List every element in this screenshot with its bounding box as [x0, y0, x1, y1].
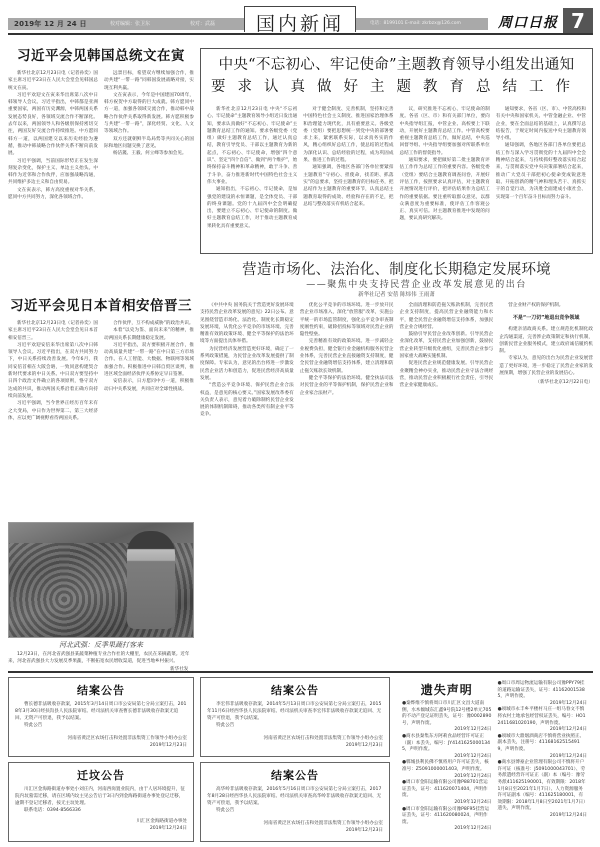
paragraph: 通知指出，不忘初心、牢记使命，是加强党的建设的永恒课题，是全体党员、干部的终身课…: [207, 186, 297, 230]
lost-item: ●周口市金阳运输有限公司豫P8F95挂营运证丢失，证号：411620080024…: [402, 807, 492, 827]
lost-item-date: 2019年12月24日: [402, 800, 492, 807]
lost-item: ●项城市大鼎烟酒商店不慎将营业执照正、副本丢失，注册号：411681625154…: [498, 734, 588, 754]
contact-info: 电话：8199101 E-mail: zkrbzx@126.com: [370, 20, 461, 26]
article-japan: 习近平会见日本首相安倍晋三 新华社北京12月23日电（记者孙奕）国家主席习近平2…: [8, 290, 194, 520]
paragraph: 议，研究推进不忘初心、牢记使命的制度。各省（区、市）和有关部门单位，要向中央指导…: [400, 106, 490, 157]
paragraph: 文在寅表示，韩方高度重视对华关系，愿同中方共同努力，深化各领域合作。: [8, 187, 98, 202]
paragraph: 促进民营企业规范健康发展。引导民营企业聚精会神办实业，推动民营企业守法合规经营，…: [400, 360, 494, 389]
notice-signer: 河南省黄泛区农场打击和处置非法集资工作领导小组办公室: [207, 735, 383, 742]
editor-credit: 校对编辑：张卫东: [110, 20, 150, 27]
paragraph: “营造公平竞争环境、保护民营企业合法权益，是意见的核心要义。”国家发展改革委有关…: [200, 382, 294, 418]
issue-date: 2019年 12 月 24 日: [14, 19, 87, 29]
paragraph: 习近平欢迎安倍来华出席第八次中日韩领导人会议。习近平指出，在双方共同努力下，中日…: [8, 342, 98, 400]
paragraph: 习近平欢迎文在寅来华出席第八次中日韩领导人会议。习近平指出，中韩都是亚洲重要国家…: [8, 92, 98, 158]
article-headline: 习近平会见日本首相安倍晋三: [8, 294, 194, 314]
notice-text: 高华岭非法吸收存款案，2016年5月16日周口市公安局第七分局立案打击，2017…: [207, 786, 383, 807]
paragraph: 通知强调，各地区各部门各单位要把总结工作与深入学习贯彻党的十九届四中全会精神结合…: [496, 142, 586, 200]
article-column: 全面清理和防范拖欠账款机制，完善民营企业支持制度，提高民营企业融资能力和水平，健…: [400, 302, 494, 670]
article-byline: 新华社记者 安蓓 陈炜伟 王雨萧: [200, 290, 593, 298]
article-headline: 中央“不忘初心、牢记使命”主题教育领导小组发出通知: [207, 53, 586, 74]
article-subheadline: ——聚焦中央支持民营企业改革发展意见的出台: [200, 277, 593, 290]
news-photo: [8, 522, 194, 638]
article-subhead: 不是“一刀切”地退出竞争领域: [499, 314, 593, 321]
paragraph: 文在寅表示，今年是中国建国70周年，韩方祝贺中方取得的巨大成就。韩方愿同中方一道…: [104, 92, 194, 136]
article-headline-private-enterprise: 营造市场化、法治化、制度化长期稳定发展环境: [200, 258, 593, 279]
lost-item: ●郸城县利民佛不慎将用户许可证丢失，核准号：Z5091000001403，声明作…: [402, 760, 492, 773]
paragraph: 对于健全制度、完善机制，坚持和完善中国特色社会主义制度、推进国家治理体系和治理能…: [303, 106, 393, 164]
paragraph: 本着“以史为鉴、面向未来”的精神，推动两国关系长期健康稳定发展。: [104, 327, 194, 342]
lost-item: ●商水县博豪企业管理有限公司不慎将开户许可证（核准号：J509100004370…: [498, 760, 588, 813]
article-column: 营企业财产权的保护机制。 不是“一刀切”地退出竞争领域 构建亲清政商关系。建立规…: [499, 302, 593, 670]
article-theme-education: 中央“不忘初心、牢记使命”主题教育领导小组发出通知 要求认真做好主题教育总结工作…: [200, 48, 593, 254]
article-column: 通知要求，各省（区、市）、中管高校和有关中央和国家机关、中管金融企业、中管企业，…: [496, 106, 586, 230]
lost-column-left: 遗失声明 ●秦烨维不慎将周口市川汇区文昌大道南侧，水木倾城东汇鑫9号院12号楼2…: [402, 681, 492, 833]
paragraph: 远景目标，希望双方继续加强合作，推动共建“一带一路”同韩国发展战略对接，实现互利…: [104, 70, 194, 92]
masthead: 2019年 12 月 24 日 校对编辑：张卫东 校对：武磊 国内新闻 电话：8…: [0, 0, 600, 38]
notice-date: 2019年12月23日: [207, 827, 383, 834]
photo-farmer: [127, 531, 175, 629]
paragraph: 习近平指出，双方要积极开展合作，推动高质量共建“一带一路”在中日第三方市场合作。…: [104, 342, 194, 378]
paragraph: 通知强调，各地区各部门各单位要紧扣主题教育“守初心、担使命，找差距、抓落实”的总…: [303, 164, 393, 208]
paragraph: 新华社北京12月23日电（记者孙奕）国家主席习近平23日在人民大会堂会见韩国总统…: [8, 70, 98, 92]
notices-rule: [8, 671, 593, 673]
paragraph: 杨洁篪、王毅、何立峰等参加会见。: [104, 150, 194, 157]
lost-item-date: 2019年12月24日: [402, 826, 492, 833]
paragraph: 构建亲清政商关系。建立规范化机制化政企沟通渠道，完善涉企政策制定和执行机制，创新…: [499, 326, 593, 355]
masthead-rule: [8, 33, 593, 35]
lost-item: ●秦烨维不慎将周口市川汇区文昌大道南侧，水木倾城东汇鑫9号院12号楼2单元705…: [402, 701, 492, 727]
paragraph: 合作伙伴，互不构成威胁”的政治共识。: [104, 320, 194, 327]
paragraph: 新华社北京12月23日电（记者孙奕）国家主席习近平23日在人民大会堂会见日本首相…: [8, 320, 98, 342]
article-column: 优化公平竞争的市场环境。进一步放开民营企业市场准入，深化“放管服”改革，实施公平…: [300, 302, 394, 670]
notice-title: 结案公告: [207, 682, 383, 698]
section-title: 国内新闻: [245, 9, 355, 36]
article-column: 新华社北京12月23日电（记者孙奕）国家主席习近平23日在人民大会堂会见韩国总统…: [8, 70, 98, 201]
notice-text: 李宏伟非法吸收存款案，2014年5月13日周口市公安局第七分局立案打击，2015…: [207, 701, 383, 722]
article-korea: 习近平会见韩国总统文在寅 新华社北京12月23日电（记者孙奕）国家主席习近平23…: [8, 40, 194, 280]
section-title-box: 国内新闻: [244, 6, 356, 32]
paragraph: 《中共中央 国务院关于营造更好发展环境支持民营企业改革发展的意见》22日公布。意…: [200, 302, 294, 346]
article-column: 远景目标，希望双方继续加强合作，推动共建“一带一路”同韩国发展战略对接，实现互利…: [104, 70, 194, 201]
closure-notice-1: 结案公告 曹长德非法吸收存款案，2015年3月14日周口市公安局第七分局立案打击…: [8, 677, 194, 757]
lost-item: ●周口市金阳运输有限公司豫P88701营运证丢失，证号：411620071404…: [402, 780, 492, 800]
paragraph: 全面清理和防范拖欠账款机制，完善民营企业支持制度，提高民营企业融资能力和水平，健…: [400, 302, 494, 331]
photo-caption-title: 河北武强：反季果蔬打客来: [8, 640, 194, 650]
article-column: 《中共中央 国务院关于营造更好发展环境支持民营企业改革发展的意见》22日公布。意…: [200, 302, 294, 670]
paragraph: 优化公平竞争的市场环境。进一步放开民营企业市场准入，深化“放管服”改革，实施公平…: [300, 302, 394, 338]
notice-closing: 特此公告: [207, 807, 383, 814]
lost-item-date: 2019年12月24日: [498, 813, 588, 820]
notice-title: 结案公告: [15, 682, 187, 698]
paragraph: 健全平等保护的法治环境。健全执法司法对民营企业的平等保护机制，保护民营企业和企业…: [300, 375, 394, 397]
notice-title: 遗失声明: [402, 681, 492, 698]
lost-statements: 遗失声明 ●秦烨维不慎将周口市川汇区文昌大道南侧，水木倾城东汇鑫9号院12号楼2…: [396, 677, 593, 842]
notice-date: 2019年12月24日: [15, 825, 187, 832]
paragraph: 习近平强调，当前国际形势正在发生深刻复杂变化，保护主义、单边主义抬头。中韩作为近…: [8, 158, 98, 187]
page-number: 7: [563, 8, 593, 34]
notice-title: 结案公告: [207, 767, 383, 783]
article-dateline: （新华社北京12月22日电）: [499, 379, 593, 385]
article-column: 对于健全制度、完善机制，坚持和完善中国特色社会主义制度、推进国家治理体系和治理能…: [303, 106, 393, 230]
notice-closing: 特此公告: [207, 722, 383, 729]
paragraph: 习近平强调，当今世界正经历百年未有之大变局，中日作为世界第二、第三大经济体，应以…: [8, 400, 98, 422]
paragraph: 为民营经济发展营造更好环境，确定了一系列政策措施，为民营企业改革发展提供了制度保…: [200, 346, 294, 382]
article-headline-line2: 要求认真做好主题教育总结工作: [207, 75, 586, 96]
notice-signer: 河南省黄泛区农场打击和处置非法集资工作领导小组办公室: [15, 735, 187, 742]
article-private-enterprise-body: 《中共中央 国务院关于营造更好发展环境支持民营企业改革发展的意见》22日公布。意…: [200, 302, 593, 670]
notice-closing: 特此公告: [15, 722, 187, 729]
notice-contact: 联系电话：0394-8566336: [15, 807, 187, 814]
lost-item-date: 2019年12月24日: [402, 727, 492, 734]
lost-column-right: ●周口市周运物流运输有限公司豫PPY79挂的道路运输证丢失，证号：4116200…: [498, 681, 588, 833]
lost-item: ●项城市永丰乡平楼村马庄一组马春文不慎将农村土地承包经营权证丢失，编号：HO12…: [498, 707, 588, 727]
closure-notice-2: 结案公告 李宏伟非法吸收存款案，2014年5月13日周口市公安局第七分局立案打击…: [200, 677, 390, 757]
article-column: 新华社北京12月23日电 中央“不忘初心、牢记使命”主题教育领导小组近日发出通知…: [207, 106, 297, 230]
paragraph: 通知要求，要把做好第二批主题教育评估工作作为总结工作的重要内容。各级党委（党组）…: [400, 157, 490, 223]
notice-text: 川汇区金海路街道办事处小刘庄内，河南西岗置业院内，由于人居环境提升，征院内坟墓需…: [15, 786, 187, 807]
paragraph: 完善精准有效的政策环境。进一步减轻企业税费负担，健全银行业金融机构服务民营企业体…: [300, 338, 394, 374]
notice-signer: 河南省黄泛区农场打击和处置非法集资工作领导小组办公室: [207, 820, 383, 827]
paragraph: 鼓励引导民营企业改革创新。引导民营企业深化改革，支持民营企业加强创新，鼓励民营企…: [400, 331, 494, 360]
article-column: 新华社北京12月23日电（记者孙奕）国家主席习近平23日在人民大会堂会见日本首相…: [8, 320, 98, 422]
notice-date: 2019年12月23日: [207, 742, 383, 749]
newspaper-name: 周口日报: [498, 12, 558, 32]
notice-title: 迁坟公告: [15, 767, 187, 783]
paragraph: 通知要求，各省（区、市）、中管高校和有关中央和国家机关、中管金融企业、中管企业，…: [496, 106, 586, 142]
paragraph: 新华社北京12月23日电 中央“不忘初心、牢记使命”主题教育领导小组近日发出通知…: [207, 106, 297, 186]
proofreader-credit: 校对：武磊: [190, 20, 215, 27]
notice-text: 曹长德非法吸收存款案，2015年3月14日周口市公安局第七分局立案打击，2018…: [15, 701, 187, 722]
closure-notice-3: 结案公告 高华岭非法吸收存款案，2016年5月16日周口市公安局第七分局立案打击…: [200, 762, 390, 842]
paragraph: 专家认为，意见的出台为民营企业发展营造了更好环境，进一步稳定了民营企业家的发展预…: [499, 355, 593, 377]
paragraph: 安倍表示，日方愿同中方一道，积极推动日中关系发展，共同应对全球性挑战。: [104, 378, 194, 393]
relocation-notice: 迁坟公告 川汇区金海路街道办事处小刘庄内，河南西岗置业院内，由于人居环境提升，征…: [8, 762, 194, 842]
lost-item: ●商水县秦集东方阿莉食品经营许可证正（副）本丢失，编号：JY4141625000…: [402, 734, 492, 754]
lost-item: ●周口市周运物流运输有限公司豫PPY79挂的道路运输证丢失，证号：4116200…: [498, 681, 588, 701]
article-column: 合作伙伴，互不构成威胁”的政治共识。 本着“以史为鉴、面向未来”的精神，推动两国…: [104, 320, 194, 422]
paragraph: 营企业财产权的保护机制。: [499, 302, 593, 309]
lost-item-date: 2019年12月24日: [498, 727, 588, 734]
article-column: 议，研究推进不忘初心、牢记使命的制度。各省（区、市）和有关部门单位，要向中央指导…: [400, 106, 490, 230]
photo-caption-text: 12月23日，在河北省武强县某蔬菜种植专业合作社的大棚里，农民在采摘蔬菜。近年来…: [8, 651, 194, 665]
notice-signer: 川汇区金海路街道办事处: [15, 818, 187, 825]
notice-date: 2019年12月23日: [15, 742, 187, 749]
paragraph: 双方还就朝鲜半岛局势等共同关心的国际和地区问题交换了意见。: [104, 136, 194, 151]
article-headline: 习近平会见韩国总统文在寅: [8, 44, 194, 64]
